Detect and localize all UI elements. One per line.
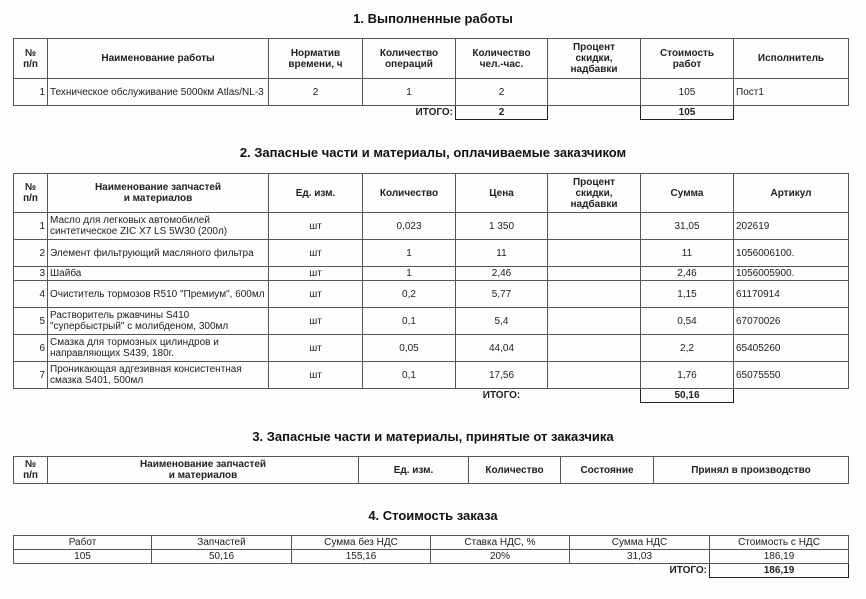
works-total-row: ИТОГО: 2 105 — [14, 106, 849, 120]
col-num: №п/п — [14, 39, 48, 79]
table-row: 5Растворитель ржавчины S410 "супербыстры… — [14, 308, 849, 335]
table-row: 2Элемент фильтрующий масляного фильтрашт… — [14, 240, 849, 267]
total-label: ИТОГО: — [456, 389, 548, 403]
col-executor: Исполнитель — [734, 39, 849, 79]
section3-title: 3. Запасные части и материалы, принятые … — [0, 429, 866, 444]
section2-title: 2. Запасные части и материалы, оплачивае… — [0, 145, 866, 160]
order-cost-values-row: 105 50,16 155,16 20% 31,03 186,19 — [14, 550, 849, 564]
works-header-row: №п/п Наименование работы Нормативвремени… — [14, 39, 849, 79]
section1-title: 1. Выполненные работы — [0, 11, 866, 26]
works-table: №п/п Наименование работы Нормативвремени… — [13, 38, 849, 120]
table-row: 1 Техническое обслуживание 5000км Atlas/… — [14, 79, 849, 106]
section4-title: 4. Стоимость заказа — [0, 508, 866, 523]
table-row: 3Шайбашт12,462,461056005900. — [14, 267, 849, 281]
total-label: ИТОГО: — [363, 106, 456, 120]
col-cost: Стоимостьработ — [641, 39, 734, 79]
order-cost-header-row: Работ Запчастей Сумма без НДС Ставка НДС… — [14, 536, 849, 550]
order-cost-table: Работ Запчастей Сумма без НДС Ставка НДС… — [13, 535, 849, 578]
table-row: 1Масло для легковых автомобилей синтетич… — [14, 213, 849, 240]
customer-parts-header-row: №п/п Наименование запчастейи материалов … — [14, 457, 849, 484]
table-row: 4Очиститель тормозов R510 "Премиум", 600… — [14, 281, 849, 308]
col-norm: Нормативвремени, ч — [269, 39, 363, 79]
total-sum: 50,16 — [641, 389, 734, 403]
parts-table: №п/п Наименование запчастейи материалов … — [13, 173, 849, 403]
parts-total-row: ИТОГО: 50,16 — [14, 389, 849, 403]
total-cost: 105 — [641, 106, 734, 120]
customer-parts-table: №п/п Наименование запчастейи материалов … — [13, 456, 849, 484]
col-ops: Количествоопераций — [363, 39, 456, 79]
col-discount: Процентскидки,надбавки — [548, 39, 641, 79]
table-row: 7Проникающая адгезивная консистентная см… — [14, 362, 849, 389]
col-work-name: Наименование работы — [48, 39, 269, 79]
total-label: ИТОГО: — [570, 564, 710, 578]
order-total-row: ИТОГО: 186,19 — [14, 564, 849, 578]
order-total: 186,19 — [710, 564, 849, 578]
total-manhours: 2 — [456, 106, 548, 120]
table-row: 6Смазка для тормозных цилиндров и направ… — [14, 335, 849, 362]
parts-header-row: №п/п Наименование запчастейи материалов … — [14, 174, 849, 213]
col-manhours: Количествочел.-час. — [456, 39, 548, 79]
